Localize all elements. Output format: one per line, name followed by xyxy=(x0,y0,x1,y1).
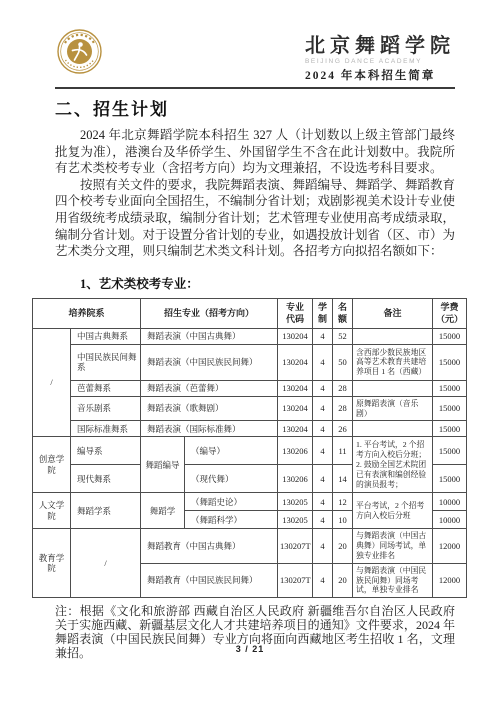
masthead: 北京舞蹈学院 BEIJING DANCE ACADEMY 2024 年本科招生简… xyxy=(305,35,455,83)
table-cell: 4 xyxy=(313,529,333,563)
table-cell: 28 xyxy=(333,396,353,421)
table-cell: 15000 xyxy=(433,380,467,396)
table-cell: 15000 xyxy=(433,396,467,421)
table-cell: 20 xyxy=(333,529,353,563)
table-cell: 编导系 xyxy=(71,437,141,465)
intro-paragraph: 2024 年北京舞蹈学院本科招生 327 人（计划数以上级主管部门最终批复为准）… xyxy=(55,127,455,177)
table-cell: （编导） xyxy=(185,437,278,465)
table-cell: 与舞蹈表演（中国民族民间舞）同场考试，单独专业排名 xyxy=(353,563,433,597)
table-cell: 130206 xyxy=(278,465,313,493)
table-cell: 4 xyxy=(313,396,333,421)
academy-seal-icon xyxy=(57,29,102,74)
table-cell: 130205 xyxy=(278,493,313,511)
table-cell: 中国古典舞系 xyxy=(71,328,141,344)
table-row: 人文学院舞蹈学系舞蹈学（舞蹈史论）130205412平台考试，2 个招考方向入校… xyxy=(33,493,467,511)
table-cell: 10 xyxy=(333,511,353,529)
table-cell: 130204 xyxy=(278,328,313,344)
table-cell: 130204 xyxy=(278,421,313,437)
table-cell: 15000 xyxy=(433,465,467,493)
header-divider xyxy=(55,87,455,89)
table-cell: 原舞蹈表演（音乐剧） xyxy=(353,396,433,421)
table-cell: 130205 xyxy=(278,511,313,529)
table-cell: 10000 xyxy=(433,511,467,529)
policy-paragraph: 按照有关文件的要求，我院舞蹈表演、舞蹈编导、舞蹈学、舞蹈教育四个校考专业面向全国… xyxy=(55,177,455,260)
table-cell: 12000 xyxy=(433,529,467,563)
table-cell: 舞蹈表演（芭蕾舞） xyxy=(141,380,278,396)
table-cell: 130204 xyxy=(278,396,313,421)
table-cell: 芭蕾舞系 xyxy=(71,380,141,396)
table-row: 芭蕾舞系舞蹈表演（芭蕾舞）13020442815000 xyxy=(33,380,467,396)
table-cell: （现代舞） xyxy=(185,465,278,493)
table-cell: 12 xyxy=(333,493,353,511)
subsection-heading: 1、艺术类校考专业： xyxy=(55,274,455,292)
table-cell: 舞蹈学系 xyxy=(71,493,141,529)
academy-name-en: BEIJING DANCE ACADEMY xyxy=(305,58,455,66)
table-cell: 国际标准舞系 xyxy=(71,421,141,437)
table-cell: 舞蹈表演（中国民族民间舞） xyxy=(141,344,278,380)
table-cell: 4 xyxy=(313,328,333,344)
table-header-row: 培养院系招生专业（招考方向）专业 代码学 制名 额备注学费 （元） xyxy=(33,298,467,328)
table-cell: 15000 xyxy=(433,421,467,437)
table-cell: （舞蹈科学） xyxy=(185,511,278,529)
table-row: 创意学院编导系舞蹈编导（编导）1302064111. 平台考试，2 个招考方向入… xyxy=(33,437,467,465)
table-row: 中国民族民间舞系舞蹈表演（中国民族民间舞）130204450含西部少数民族地区高… xyxy=(33,344,467,380)
table-cell: 4 xyxy=(313,421,333,437)
table-cell: 11 xyxy=(333,437,353,465)
table-cell xyxy=(353,328,433,344)
table-cell: / xyxy=(33,328,71,437)
header-cell: 名 额 xyxy=(333,298,353,328)
table-cell: 130204 xyxy=(278,344,313,380)
table-cell: 4 xyxy=(313,380,333,396)
table-cell xyxy=(353,421,433,437)
table-cell: 15000 xyxy=(433,328,467,344)
table-cell: 14 xyxy=(333,465,353,493)
table-cell: 教育学院 xyxy=(33,529,71,598)
table-cell: 4 xyxy=(313,511,333,529)
table-cell: 创意学院 xyxy=(33,437,71,493)
table-cell: 28 xyxy=(333,380,353,396)
table-cell: 现代舞系 xyxy=(71,465,141,493)
table-cell: 舞蹈学 xyxy=(141,493,185,529)
table-cell: / xyxy=(71,529,141,598)
table-cell: 52 xyxy=(333,328,353,344)
table-cell: 含西部少数民族地区高等艺术教育共建培养项目 1 名（西藏） xyxy=(353,344,433,380)
table-cell: 人文学院 xyxy=(33,493,71,529)
table-head: 培养院系招生专业（招考方向）专业 代码学 制名 额备注学费 （元） xyxy=(33,298,467,328)
header-cell: 培养院系 xyxy=(33,298,141,328)
table-cell: 舞蹈教育（中国民族民间舞） xyxy=(141,563,278,597)
table-row: 教育学院/舞蹈教育（中国古典舞）130207T420与舞蹈表演（中国古典舞）同场… xyxy=(33,529,467,563)
table-cell: 15000 xyxy=(433,437,467,465)
table-cell: 舞蹈编导 xyxy=(141,437,185,493)
table-cell: （舞蹈史论） xyxy=(185,493,278,511)
header-cell: 招生专业（招考方向） xyxy=(141,298,278,328)
table-row: /中国古典舞系舞蹈表演（中国古典舞）13020445215000 xyxy=(33,328,467,344)
table-cell: 4 xyxy=(313,465,333,493)
table-cell: 中国民族民间舞系 xyxy=(71,344,141,380)
table-cell: 与舞蹈表演（中国古典舞）同场考试，单独专业排名 xyxy=(353,529,433,563)
page-number: 3 / 21 xyxy=(0,644,500,654)
table-row: 国际标准舞系舞蹈表演（国际标准舞）13020442615000 xyxy=(33,421,467,437)
admission-plan-table: 培养院系招生专业（招考方向）专业 代码学 制名 额备注学费 （元） /中国古典舞… xyxy=(32,298,467,598)
content-area: 二、招生计划 2024 年北京舞蹈学院本科招生 327 人（计划数以上级主管部门… xyxy=(55,93,455,660)
table-cell: 舞蹈表演（歌舞剧） xyxy=(141,396,278,421)
table-cell: 音乐剧系 xyxy=(71,396,141,421)
table-cell: 10000 xyxy=(433,493,467,511)
section-title: 二、招生计划 xyxy=(55,95,455,120)
table-cell: 130204 xyxy=(278,380,313,396)
table-cell: 1. 平台考试，2 个招考方向入校后分班； 2. 鼓励全国艺术院团已有表演和编创… xyxy=(353,437,433,493)
table-cell: 4 xyxy=(313,563,333,597)
table-cell: 20 xyxy=(333,563,353,597)
table-cell: 平台考试，2 个招考方向入校后分班 xyxy=(353,493,433,529)
table-cell: 舞蹈教育（中国古典舞） xyxy=(141,529,278,563)
table-cell: 130207T xyxy=(278,563,313,597)
table-cell: 26 xyxy=(333,421,353,437)
table-cell: 50 xyxy=(333,344,353,380)
table-cell: 4 xyxy=(313,437,333,465)
table-row: 音乐剧系舞蹈表演（歌舞剧）130204428原舞蹈表演（音乐剧）15000 xyxy=(33,396,467,421)
table-body: /中国古典舞系舞蹈表演（中国古典舞）13020445215000中国民族民间舞系… xyxy=(33,328,467,597)
table-cell: 130207T xyxy=(278,529,313,563)
table-cell: 舞蹈表演（国际标准舞） xyxy=(141,421,278,437)
table-cell: 130206 xyxy=(278,437,313,465)
table-cell: 12000 xyxy=(433,563,467,597)
header-cell: 学 制 xyxy=(313,298,333,328)
academy-name-cn: 北京舞蹈学院 xyxy=(305,35,455,57)
table-cell: 15000 xyxy=(433,344,467,380)
table-cell: 4 xyxy=(313,344,333,380)
header-cell: 备注 xyxy=(353,298,433,328)
brochure-title: 2024 年本科招生简章 xyxy=(305,70,455,83)
header-cell: 学费 （元） xyxy=(433,298,467,328)
table-cell: 舞蹈表演（中国古典舞） xyxy=(141,328,278,344)
header-cell: 专业 代码 xyxy=(278,298,313,328)
document-page: 北京舞蹈学院 BEIJING DANCE ACADEMY 2024 年本科招生简… xyxy=(0,0,500,707)
table-cell: 4 xyxy=(313,493,333,511)
table-cell xyxy=(353,380,433,396)
